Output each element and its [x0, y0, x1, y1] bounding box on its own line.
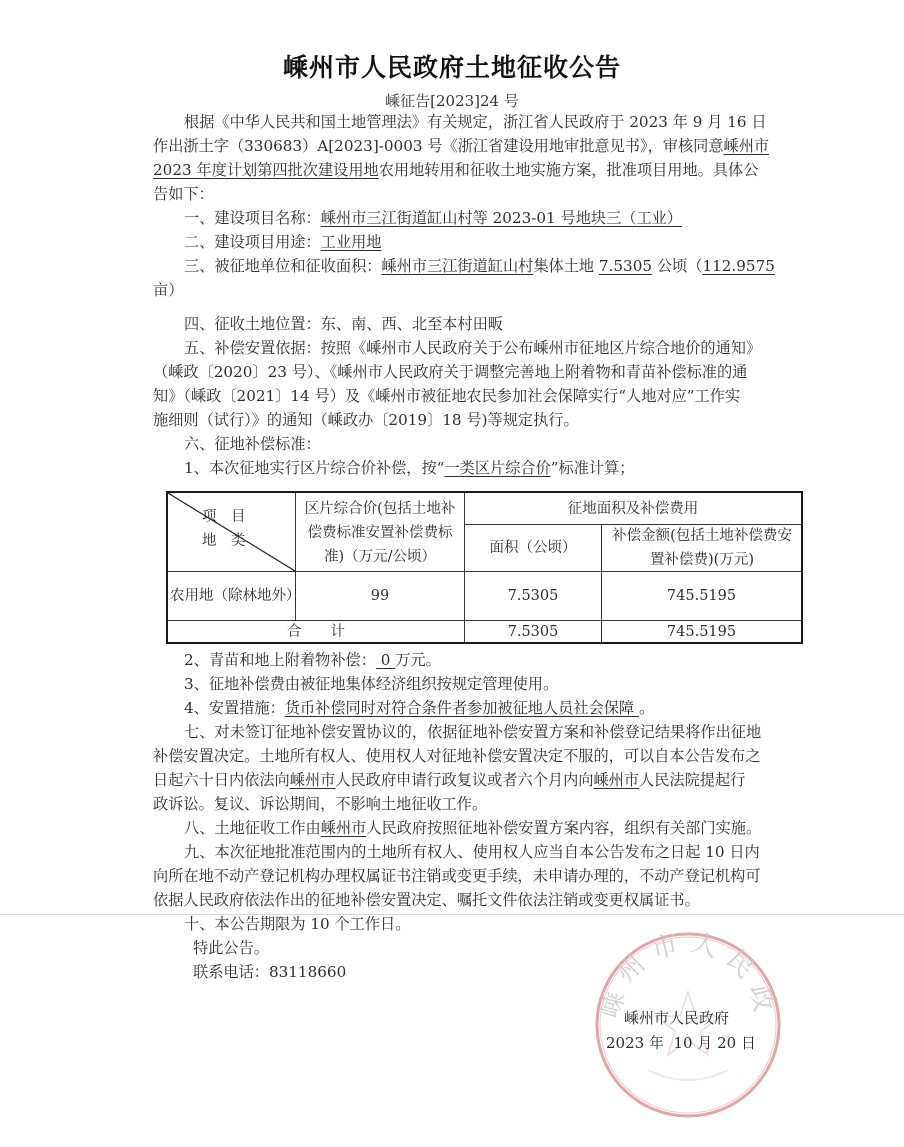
header-area: 面积（公顷）: [465, 525, 601, 571]
item-registration: 九、本次征地批准范围内的土地所有权人、使用权人应当自本公告发布之日起 10 日内: [153, 840, 783, 864]
project-use-value: 工业用地: [321, 233, 382, 251]
item-standard-2: 2、青苗和地上附着物补偿： 0 万元。: [153, 648, 783, 672]
price-class-value: 一类区片综合价: [444, 459, 550, 477]
contact-phone: 83118660: [269, 963, 346, 981]
item-basis-cont: 施细则（试行）》的通知（嵊政办〔2019〕18 号)等规定执行。: [153, 408, 783, 432]
notice-body-top: 根据《中华人民共和国土地管理法》有关规定，浙江省人民政府于 2023 年 9 月…: [153, 110, 783, 480]
total-area: 7.5305: [465, 621, 601, 642]
item-basis-cont: 知》（嵊政〔2021〕14 号）及《嵊州市被征地农民参加社会保障实行“人地对应”…: [153, 384, 783, 408]
item-standard-1: 1、本次征地实行区片综合价补偿，按“一类区片综合价”标准计算；: [153, 456, 783, 480]
total-amount: 745.5195: [602, 621, 801, 642]
underlined-city: 嵊州市: [321, 819, 367, 837]
item-land-area: 三、被征地单位和征收面积：嵊州市三江街道缸山村集体土地 7.5305 公顷（11…: [153, 254, 783, 278]
underlined-batch: 2023 年度计划第四批次建设用地: [153, 161, 379, 179]
row-land-type: 农用地（除林地外）: [170, 572, 294, 620]
issue-date: 2023 年 10 月 20 日: [606, 1032, 756, 1053]
item-basis: 五、补偿安置依据：按照《嵊州市人民政府关于公布嵊州市征地区片综合地价的通知》: [153, 336, 783, 360]
corner-header-item: 项 目: [202, 505, 272, 529]
document-number: 嵊征告[2023]24 号: [0, 90, 904, 111]
item-appeal-cont: 补偿安置决定。土地所有权人、使用权人对征地补偿安置决定不服的，可以自本公告发布之: [153, 744, 783, 768]
compensation-table: 项 目 地 类 区片综合价(包括土地补偿费标准安置补偿费标准)（万元/公顷） 征…: [166, 491, 803, 644]
item-standard-4: 4、安置措施：货币补偿同时对符合条件者参加被征地人员社会保障 。: [153, 696, 783, 720]
issuer-name: 嵊州市人民政府: [624, 1007, 729, 1028]
area-hectare-value: 7.5305: [599, 257, 652, 275]
page-title: 嵊州市人民政府土地征收公告: [0, 48, 904, 84]
underlined-city: 嵊州市: [290, 771, 336, 789]
intro-line: 作出浙土字（330683）A[2023]-0003 号《浙江省建设用地审批意见书…: [153, 134, 783, 158]
item-basis-cont: （嵊政〔2020〕23 号）、《嵊州市人民政府关于调整完善地上附着物和青苗补偿标…: [153, 360, 783, 384]
intro-line: 告如下：: [153, 182, 783, 206]
header-area-and-fee: 征地面积及补偿费用: [465, 493, 801, 524]
corner-header-landtype: 地 类: [202, 529, 272, 553]
row-amount: 745.5195: [602, 572, 801, 620]
project-name-value: 嵊州市三江街道缸山村等 2023-01 号地块三（工业）: [321, 209, 682, 227]
item-standard-heading: 六、征地补偿标准：: [153, 432, 783, 456]
item-project-name: 一、建设项目名称：嵊州市三江街道缸山村等 2023-01 号地块三（工业）: [153, 206, 783, 230]
item-appeal: 七、对未签订征地补偿安置协议的，依据征地补偿安置方案和补偿登记结果将作出征地: [153, 720, 783, 744]
item-implementation: 八、土地征收工作由嵊州市人民政府按照征地补偿安置方案内容，组织有关部门实施。: [153, 816, 783, 840]
header-amount: 补偿金额(包括土地补偿费安置补偿费)(万元): [606, 525, 798, 571]
row-area: 7.5305: [465, 572, 601, 620]
item-standard-3: 3、征地补偿费由被征地集体经济组织按规定管理使用。: [153, 672, 783, 696]
notice-page: 嵊州市人民政府土地征收公告 嵊征告[2023]24 号 根据《中华人民共和国土地…: [0, 0, 904, 1147]
area-mu-value: 112.9575: [702, 257, 774, 275]
intro-line: 2023 年度计划第四批次建设用地农用地转用和征收土地实施方案，批准项目用地。具…: [153, 158, 783, 182]
item-location: 四、征收土地位置：东、南、西、北至本村田畈: [153, 312, 783, 336]
page-fold-line: [0, 914, 904, 915]
resettlement-measure-value: 货币补偿同时对符合条件者参加被征地人员社会保障: [285, 699, 639, 717]
underlined-city: 嵊州市: [724, 137, 770, 155]
item-registration-cont: 依据人民政府依法作出的征地补偿安置决定、嘱托文件依法注销或变更权属证书。: [153, 888, 783, 912]
item-project-use: 二、建设项目用途：工业用地: [153, 230, 783, 254]
item-land-area-cont: 亩）: [153, 278, 783, 302]
item-appeal-cont: 日起六十日内依法向嵊州市人民政府申请行政复议或者六个月内向嵊州市人民法院提起行: [153, 768, 783, 792]
header-price: 区片综合价(包括土地补偿费标准安置补偿费标准)（万元/公顷）: [302, 495, 458, 571]
underlined-city: 嵊州市: [593, 771, 639, 789]
row-price: 99: [296, 572, 464, 620]
item-registration-cont: 向所在地不动产登记机构办理权属证书注销或变更手续，未申请办理的，不动产登记机构可: [153, 864, 783, 888]
intro-line: 根据《中华人民共和国土地管理法》有关规定，浙江省人民政府于 2023 年 9 月…: [153, 110, 783, 134]
total-label: 合 计: [168, 621, 464, 642]
seedling-compensation-value: 0: [376, 651, 395, 669]
item-appeal-cont: 政诉讼。复议、诉讼期间，不影响土地征收工作。: [153, 792, 783, 816]
land-unit-value: 嵊州市三江街道缸山村: [381, 257, 533, 275]
